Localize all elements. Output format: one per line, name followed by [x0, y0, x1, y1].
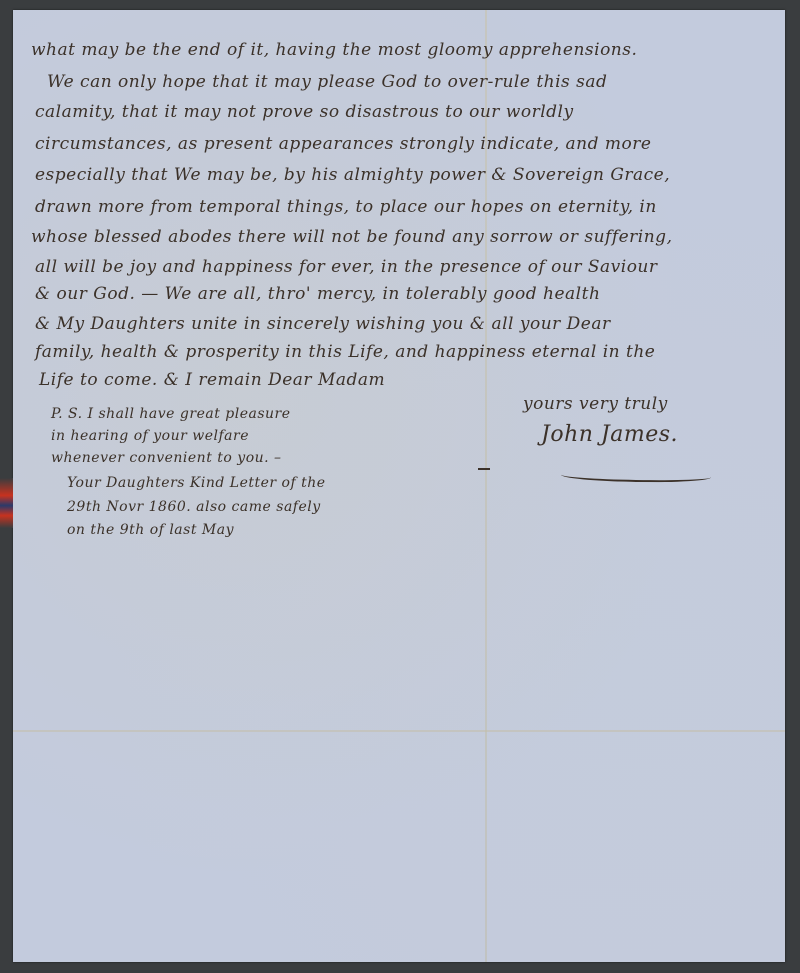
signature-flourish — [561, 469, 711, 484]
horizontal-fold-line — [13, 730, 785, 732]
body-line: & My Daughters unite in sincerely wishin… — [35, 314, 611, 334]
red-seal-fragment — [0, 478, 13, 528]
letter-page: what may be the end of it, having the mo… — [13, 10, 785, 962]
signature: John James. — [541, 422, 678, 447]
postscript-line: whenever convenient to you. – — [51, 450, 282, 466]
postscript-line: P. S. I shall have great pleasure — [51, 406, 291, 422]
body-line: circumstances, as present appearances st… — [35, 134, 651, 154]
body-line: family, health & prosperity in this Life… — [35, 342, 655, 362]
valediction: yours very truly — [523, 394, 668, 414]
body-line: drawn more from temporal things, to plac… — [35, 197, 657, 217]
postscript-line: in hearing of your welfare — [51, 428, 249, 444]
body-line: We can only hope that it may please God … — [47, 72, 607, 92]
body-line: whose blessed abodes there will not be f… — [31, 227, 672, 247]
postscript-line: on the 9th of last May — [67, 522, 234, 538]
ink-dash — [478, 468, 490, 470]
body-line: what may be the end of it, having the mo… — [31, 40, 637, 60]
body-line: especially that We may be, by his almigh… — [35, 165, 670, 185]
body-line: calamity, that it may not prove so disas… — [35, 102, 574, 122]
body-line: Life to come. & I remain Dear Madam — [39, 370, 385, 390]
postscript-line: Your Daughters Kind Letter of the — [67, 475, 326, 491]
body-line: all will be joy and happiness for ever, … — [35, 257, 658, 277]
body-line: & our God. — We are all, thro' mercy, in… — [35, 284, 600, 304]
postscript-line: 29th Novr 1860. also came safely — [67, 499, 321, 515]
